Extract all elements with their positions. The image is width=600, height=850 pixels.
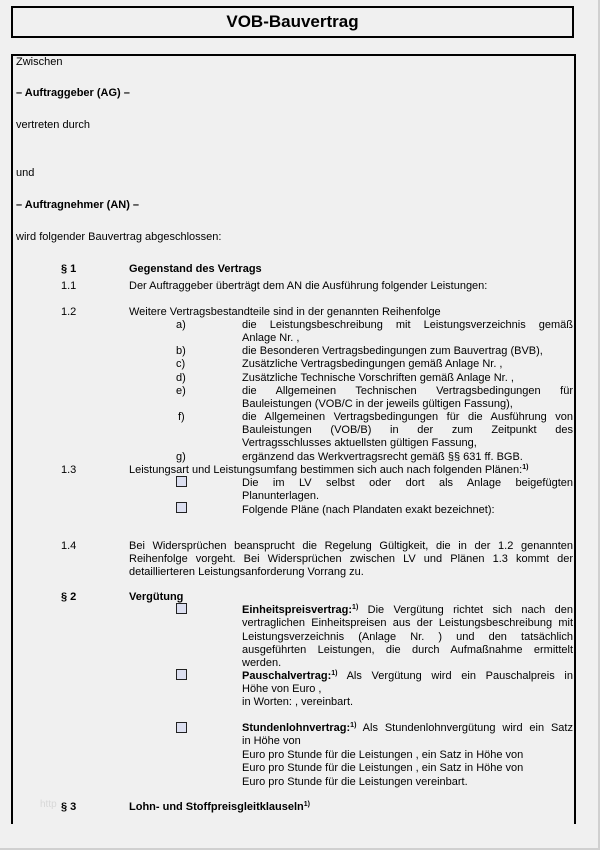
pauschal-checkbox[interactable] bbox=[176, 669, 187, 680]
item-a-line2: Anlage Nr. , bbox=[242, 332, 299, 345]
plans-lv-checkbox[interactable] bbox=[176, 476, 187, 487]
item-g-label: g) bbox=[176, 451, 186, 464]
para-1-3-number: 1.3 bbox=[61, 464, 76, 477]
item-e-line2: Bauleistungen (VOB/C in der jeweils gült… bbox=[242, 398, 513, 411]
plans-lv-line1: Die im LV selbst oder dort als Anlage be… bbox=[242, 477, 573, 490]
einheitspreis-line4: ausgeführten Leistungen, die durch Aufma… bbox=[242, 644, 573, 657]
auftragnehmer-label: – Auftragnehmer (AN) – bbox=[16, 199, 139, 212]
auftraggeber-label: – Auftraggeber (AG) – bbox=[16, 87, 130, 100]
einheitspreis-line2: vertraglichen Einheitspreisen aus der Le… bbox=[242, 617, 573, 630]
para-1-4-line2: Reihenfolge vorgeht. Bei Widersprüchen z… bbox=[129, 553, 573, 566]
item-g-line1: ergänzend das Werkvertragsrecht gemäß §§… bbox=[242, 451, 523, 464]
vertreten-label: vertreten durch bbox=[16, 119, 90, 132]
item-c-line1: Zusätzliche Vertragsbedingungen gemäß An… bbox=[242, 358, 503, 371]
para-1-4-number: 1.4 bbox=[61, 540, 76, 553]
stundenlohn-line5: Euro pro Stunde für die Leistungen verei… bbox=[242, 776, 468, 789]
einheitspreis-line5: werden. bbox=[242, 657, 281, 670]
watermark: http bbox=[40, 799, 57, 810]
pauschal-line3: in Worten: , vereinbart. bbox=[242, 696, 353, 709]
stundenlohn-line3: Euro pro Stunde für die Leistungen , ein… bbox=[242, 749, 523, 762]
stundenlohn-checkbox[interactable] bbox=[176, 722, 187, 733]
para-1-1-text: Der Auftraggeber überträgt dem AN die Au… bbox=[129, 280, 487, 293]
zwischen-label: Zwischen bbox=[16, 56, 62, 69]
item-f-line3: Vertragsschlusses aktuellsten gültigen F… bbox=[242, 437, 477, 450]
einheitspreis-line3: Leistungsverzeichnis (Anlage Nr. ) und d… bbox=[242, 631, 573, 644]
plans-list-line1: Folgende Pläne (nach Plandaten exakt bez… bbox=[242, 504, 495, 517]
section-1-number: § 1 bbox=[61, 263, 76, 276]
para-1-3-text: Leistungsart und Leistungsumfang bestimm… bbox=[129, 464, 528, 477]
item-a-line1: die Leistungsbeschreibung mit Leistungsv… bbox=[242, 319, 573, 332]
para-1-4-line3: detaillierteren Leistungsanforderung Vor… bbox=[129, 566, 364, 579]
item-d-line1: Zusätzliche Technische Vorschriften gemä… bbox=[242, 372, 514, 385]
item-c-label: c) bbox=[176, 358, 185, 371]
para-1-4-line1: Bei Widersprüchen beansprucht die Regelu… bbox=[129, 540, 573, 553]
item-f-line2: Bauleistungen (VOB/B) in der zum Zeitpun… bbox=[242, 424, 573, 437]
stundenlohn-line1: Stundenlohnvertrag:1) Als Stundenlohnver… bbox=[242, 722, 573, 735]
pauschal-line2: Höhe von Euro , bbox=[242, 683, 322, 696]
item-f-line1: die Allgemeinen Vertragsbedingungen für … bbox=[242, 411, 573, 424]
item-a-label: a) bbox=[176, 319, 186, 332]
item-e-line1: die Allgemeinen Technischen Vertragsbedi… bbox=[242, 385, 573, 398]
item-f-label: f) bbox=[178, 411, 185, 424]
para-1-2-number: 1.2 bbox=[61, 306, 76, 319]
und-label: und bbox=[16, 167, 34, 180]
item-b-label: b) bbox=[176, 345, 186, 358]
item-d-label: d) bbox=[176, 372, 186, 385]
footnote-marker: 1) bbox=[522, 464, 528, 471]
stundenlohn-line2: in Höhe von bbox=[242, 735, 301, 748]
section-3-number: § 3 bbox=[61, 801, 76, 814]
pauschal-line1: Pauschalvertrag:1) Als Vergütung wird ei… bbox=[242, 670, 573, 683]
section-3-heading: Lohn- und Stoffpreisgleitklauseln1) bbox=[129, 801, 310, 814]
document-title: VOB-Bauvertrag bbox=[11, 6, 574, 38]
einheitspreis-line1: Einheitspreisvertrag:1) Die Vergütung ri… bbox=[242, 604, 573, 617]
item-e-label: e) bbox=[176, 385, 186, 398]
item-b-line1: die Besonderen Vertragsbedingungen zum B… bbox=[242, 345, 543, 358]
para-1-1-number: 1.1 bbox=[61, 280, 76, 293]
stundenlohn-line4: Euro pro Stunde für die Leistungen , ein… bbox=[242, 762, 523, 775]
abgeschlossen-label: wird folgender Bauvertrag abgeschlossen: bbox=[16, 231, 221, 244]
plans-lv-line2: Planunterlagen. bbox=[242, 490, 319, 503]
plans-list-checkbox[interactable] bbox=[176, 502, 187, 513]
einheitspreis-checkbox[interactable] bbox=[176, 603, 187, 614]
section-2-number: § 2 bbox=[61, 591, 76, 604]
section-1-heading: Gegenstand des Vertrags bbox=[129, 263, 262, 276]
para-1-2-text: Weitere Vertragsbestandteile sind in der… bbox=[129, 306, 441, 319]
